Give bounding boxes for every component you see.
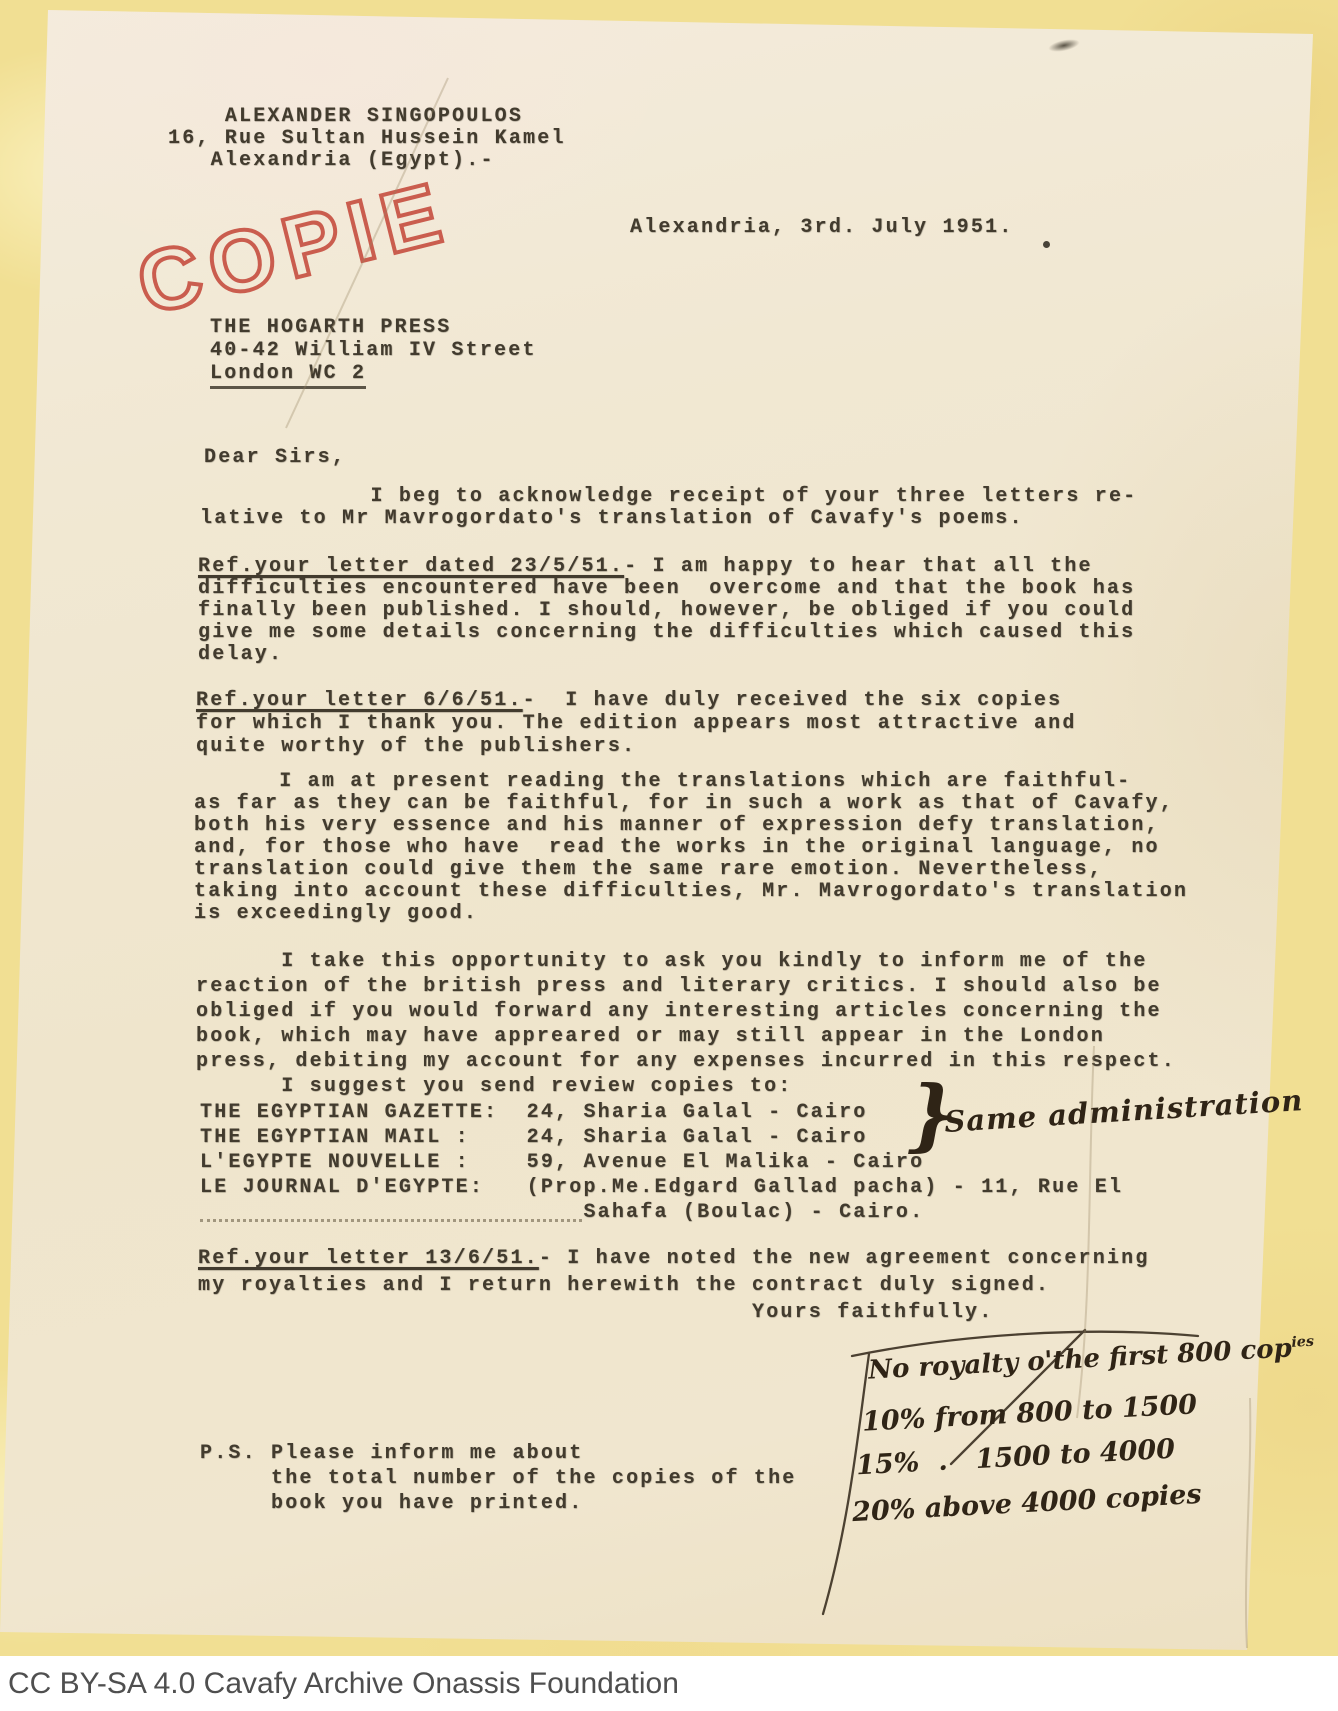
ref-paragraph-2: Ref.your letter 6/6/51.- I have duly rec… bbox=[196, 689, 1077, 758]
paragraph-intro: I beg to acknowledge receipt of your thr… bbox=[200, 486, 1137, 530]
ink-dot bbox=[1043, 241, 1050, 248]
footer-license-bar: CC BY-SA 4.0 Cavafy Archive Onassis Foun… bbox=[0, 1656, 1338, 1711]
copie-stamp: COPIE bbox=[118, 168, 448, 338]
ref-paragraph-1: Ref.your letter dated 23/5/51.- I am hap… bbox=[198, 556, 1135, 666]
scanned-letter-page: COPIE ALEXANDER SINGOPOULOS 16, Rue Sult… bbox=[0, 0, 1338, 1711]
recipient-name: THE HOGARTH PRESS bbox=[210, 316, 451, 339]
recipient-address: THE HOGARTH PRESS 40-42 William IV Stree… bbox=[210, 316, 537, 385]
ref2-lead: Ref.your letter 6/6/51. bbox=[196, 689, 523, 712]
closing-line: Yours faithfully. bbox=[752, 1301, 993, 1324]
paragraph-press: I take this opportunity to ask you kindl… bbox=[196, 949, 1176, 1099]
dotted-separator bbox=[200, 1219, 582, 1222]
license-text: CC BY-SA 4.0 Cavafy Archive Onassis Foun… bbox=[0, 1656, 1338, 1711]
paragraph-translations: I am at present reading the translations… bbox=[194, 771, 1188, 925]
royalty-note-superscript: ies bbox=[1291, 1334, 1314, 1351]
sender-address: ALEXANDER SINGOPOULOS 16, Rue Sultan Hus… bbox=[168, 106, 566, 172]
ref-paragraph-3: Ref.your letter 13/6/51.- I have noted t… bbox=[198, 1245, 1150, 1299]
copie-stamp-text: COPIE bbox=[128, 168, 448, 333]
recipient-city: London WC 2 bbox=[210, 362, 366, 389]
ref3-lead: Ref.your letter 13/6/51. bbox=[198, 1247, 539, 1270]
recipient-street: 40-42 William IV Street bbox=[210, 339, 537, 362]
date-line: Alexandria, 3rd. July 1951. bbox=[630, 216, 1013, 239]
greeting: Dear Sirs, bbox=[204, 446, 346, 469]
ref1-lead: Ref.your letter dated 23/5/51. bbox=[198, 555, 624, 578]
ps-note: P.S. Please inform me about the total nu… bbox=[200, 1441, 797, 1516]
